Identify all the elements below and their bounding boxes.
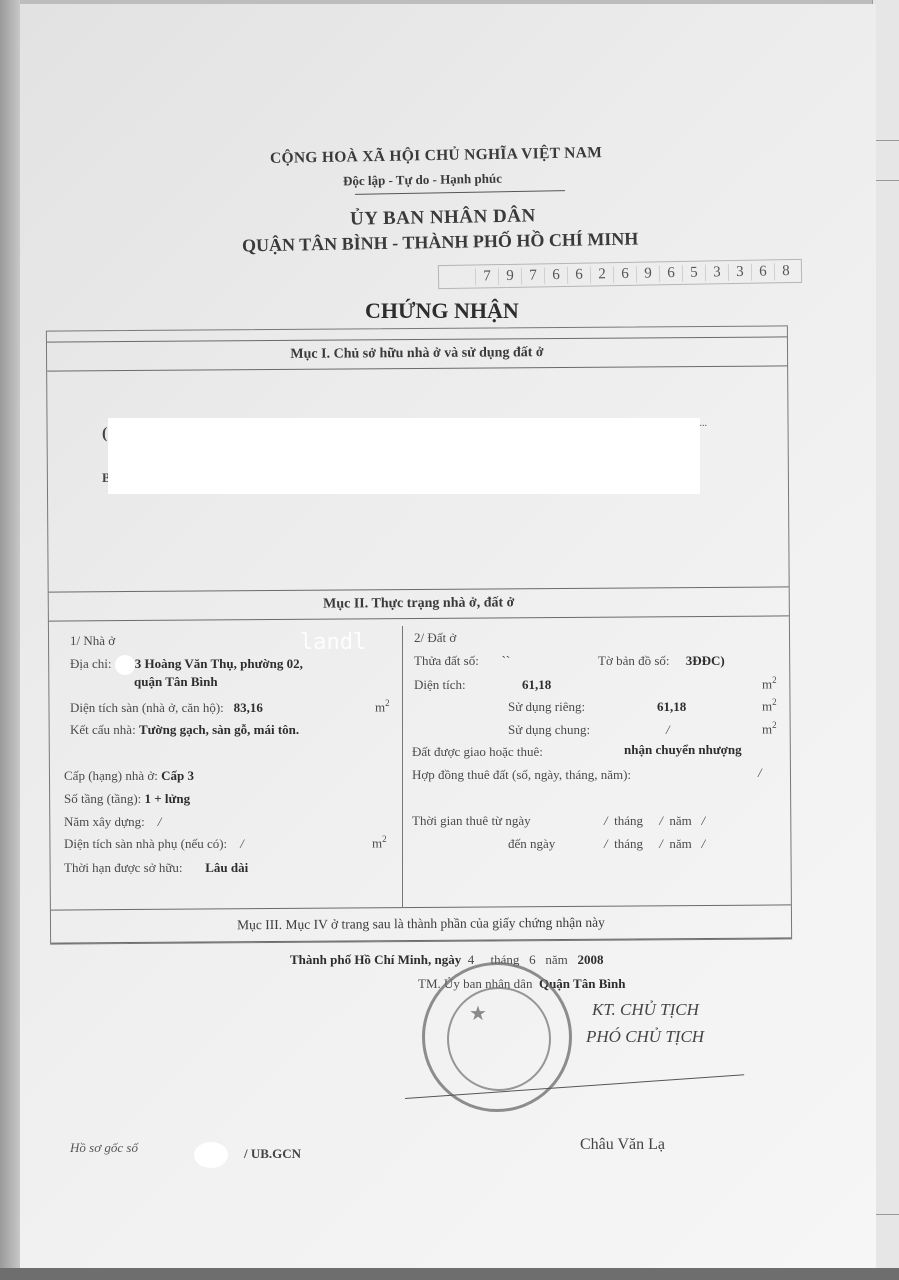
record-label: Hồ sơ gốc số — [70, 1140, 138, 1156]
allocation-label: Đất được giao hoặc thuê: — [412, 744, 543, 760]
scan-left-edge — [0, 0, 20, 1280]
grade-value: Cấp 3 — [161, 768, 194, 783]
land-heading: 2/ Đất ở — [414, 630, 456, 646]
structure-row: Kết cấu nhà: Tường gạch, sàn gỗ, mái tôn… — [70, 722, 299, 738]
certificate-title: CHỨNG NHẬN — [365, 298, 519, 324]
serial-digit: 5 — [682, 264, 705, 281]
shared-use-unit: m2 — [762, 720, 777, 737]
serial-digit: 2 — [590, 266, 613, 283]
lease-from-label: Thời gian thuê từ ngày — [412, 813, 531, 829]
plot-row: Thửa đất số: `` — [414, 653, 510, 669]
house-address-label: Địa chỉ: — [70, 656, 112, 671]
floor-area-unit: m2 — [375, 698, 390, 715]
serial-digit: 6 — [544, 266, 567, 283]
serial-digit: 6 — [613, 265, 636, 282]
place-date-prefix: Thành phố Hồ Chí Minh, ngày — [290, 952, 461, 967]
year-built-row: Năm xây dựng: / — [64, 814, 161, 830]
house-address-row: Địa chỉ: 3 Hoàng Văn Thụ, phường 02, — [70, 655, 303, 675]
floor-area-row: Diện tích sàn (nhà ở, căn hộ): 83,16 — [70, 700, 263, 716]
section-2-column-divider — [402, 626, 403, 908]
serial-digit: 9 — [636, 265, 659, 282]
ownership-term-value: Lâu dài — [205, 860, 248, 875]
aux-area-value: / — [240, 836, 244, 851]
official-seal: ★ — [422, 962, 572, 1112]
lease-contract-label: Hợp đồng thuê đất (số, ngày, tháng, năm)… — [412, 767, 631, 783]
structure-label: Kết cấu nhà: — [70, 722, 136, 737]
watermark: landl — [300, 630, 366, 655]
map-sheet-label: Tờ bản đồ số: — [598, 653, 670, 668]
aux-area-label: Diện tích sàn nhà phụ (nếu có): — [64, 836, 227, 851]
plot-label: Thửa đất số: — [414, 653, 479, 668]
shared-use-value: / — [666, 722, 670, 738]
ownership-term-row: Thời hạn được sở hữu: Lâu dài — [64, 860, 248, 876]
district-name: QUẬN TÂN BÌNH - THÀNH PHỐ HỒ CHÍ MINH — [242, 229, 639, 257]
seal-star-icon: ★ — [469, 1001, 487, 1026]
plot-value: `` — [502, 653, 511, 668]
signer-title-1: KT. CHỦ TỊCH — [592, 1000, 699, 1020]
year-built-label: Năm xây dựng: — [64, 814, 145, 829]
serial-digit: 6 — [567, 266, 590, 283]
seal-inner-ring — [447, 987, 551, 1091]
date-month: 6 — [529, 952, 536, 967]
lease-contract-value: / — [758, 765, 762, 781]
floors-value: 1 + lửng — [145, 791, 191, 806]
scan-bottom-edge — [0, 1268, 899, 1280]
record-number-redaction — [194, 1142, 228, 1168]
ownership-term-label: Thời hạn được sở hữu: — [64, 860, 182, 875]
underlying-page — [872, 0, 899, 1280]
private-use-unit: m2 — [762, 697, 777, 714]
address-number-redaction — [115, 655, 135, 675]
land-area-value: 61,18 — [522, 677, 551, 693]
floor-area-value: 83,16 — [234, 700, 263, 715]
lease-to-date: / tháng / năm / — [604, 836, 705, 852]
floor-area-label: Diện tích sàn (nhà ở, căn hộ): — [70, 700, 224, 715]
serial-digit: 8 — [774, 262, 797, 279]
owner-line-fragment: ( — [102, 425, 107, 443]
grade-label: Cấp (hạng) nhà ở: — [64, 768, 158, 783]
national-motto: Độc lập - Tự do - Hạnh phúc — [343, 171, 502, 190]
date-year: 2008 — [578, 952, 604, 967]
serial-number-box: 79766269653368 — [438, 259, 802, 289]
country-name: CỘNG HOÀ XÃ HỘI CHỦ NGHĨA VIỆT NAM — [270, 144, 602, 168]
serial-digit: 6 — [751, 263, 774, 280]
allocation-value: nhận chuyển nhượng — [624, 742, 742, 758]
signer-name: Châu Văn Lạ — [580, 1136, 665, 1154]
serial-digit: 9 — [498, 267, 521, 284]
serial-digit: 7 — [521, 267, 544, 284]
section-2-title: Mục II. Thực trạng nhà ở, đất ở — [49, 586, 789, 621]
section-3-note: Mục III. Mục IV ở trang sau là thành phầ… — [51, 904, 791, 943]
aux-area-unit: m2 — [372, 834, 387, 851]
structure-value: Tường gạch, sàn gỗ, mái tôn. — [139, 722, 299, 737]
owner-redaction — [108, 418, 700, 494]
place-date-row: Thành phố Hồ Chí Minh, ngày 4 tháng 6 nă… — [290, 952, 604, 968]
date-year-label: năm — [545, 952, 567, 967]
house-heading: 1/ Nhà ở — [70, 633, 115, 649]
year-built-value: / — [158, 814, 162, 829]
map-sheet-value: 3ĐĐC) — [686, 653, 725, 668]
land-area-unit: m2 — [762, 675, 777, 692]
serial-digit: 3 — [705, 264, 728, 281]
floors-label: Số tầng (tầng): — [64, 791, 141, 806]
land-area-label: Diện tích: — [414, 677, 466, 693]
house-address-line2: quận Tân Bình — [134, 674, 218, 689]
lease-from-date: / tháng / năm / — [604, 813, 705, 829]
house-address-line1: 3 Hoàng Văn Thụ, phường 02, — [135, 656, 303, 671]
private-use-value: 61,18 — [657, 699, 686, 715]
serial-digit: 6 — [659, 264, 682, 281]
map-sheet-row: Tờ bản đồ số: 3ĐĐC) — [598, 653, 725, 669]
signer-title-2: PHÓ CHỦ TỊCH — [586, 1027, 704, 1047]
grade-row: Cấp (hạng) nhà ở: Cấp 3 — [64, 768, 194, 784]
shared-use-label: Sử dụng chung: — [508, 722, 590, 738]
private-use-label: Sử dụng riêng: — [508, 699, 585, 715]
motto-underline — [355, 190, 565, 195]
authority-name: ỦY BAN NHÂN DÂN — [350, 205, 536, 230]
section-1-title: Mục I. Chủ sở hữu nhà ở và sử dụng đất ở — [47, 336, 787, 371]
serial-digit: 3 — [728, 263, 751, 280]
aux-area-row: Diện tích sàn nhà phụ (nếu có): / — [64, 836, 244, 852]
lease-to-label: đến ngày — [508, 836, 555, 852]
record-suffix: / UB.GCN — [244, 1146, 301, 1162]
serial-digit: 7 — [475, 268, 498, 285]
floors-row: Số tầng (tầng): 1 + lửng — [64, 791, 190, 807]
house-address-line2-wrap: quận Tân Bình — [134, 674, 218, 690]
